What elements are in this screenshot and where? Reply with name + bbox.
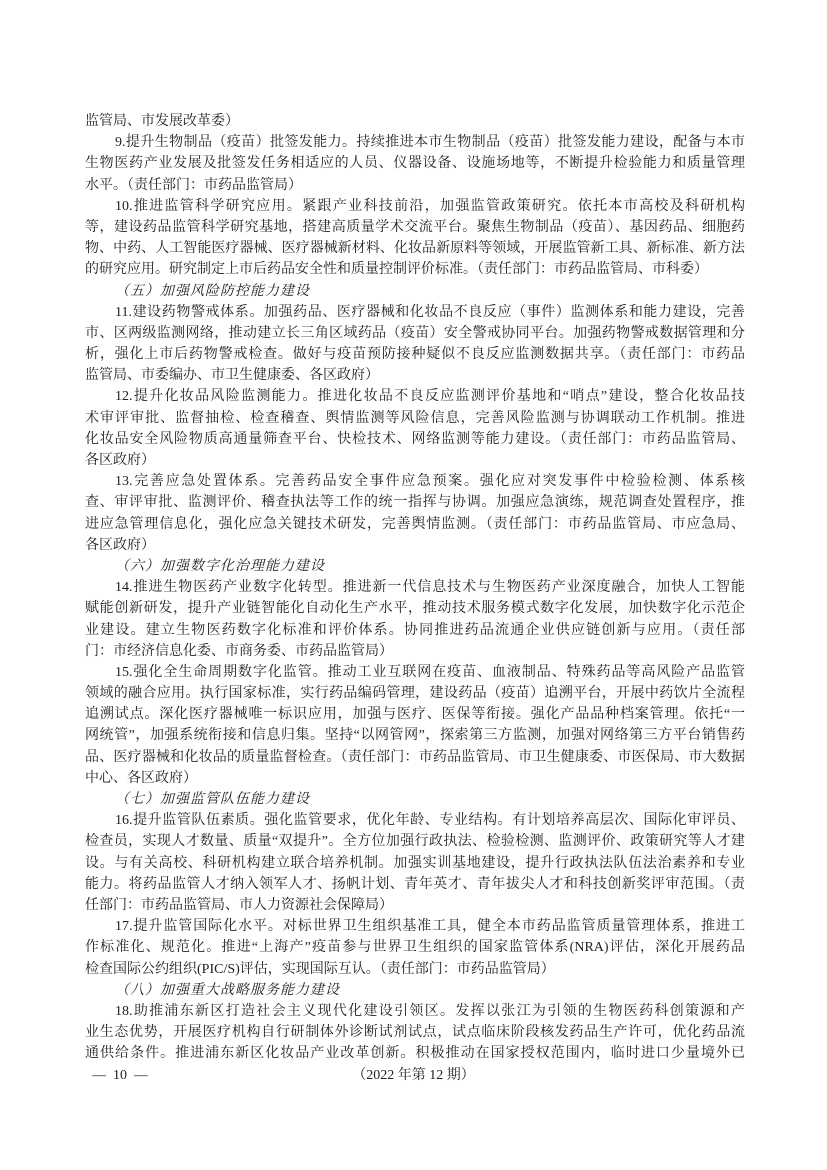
body-text-line: 业建设。建立生物医药数字化标准和评价体系。协同推进药品流通企业供应链创新与应用。… xyxy=(85,620,745,641)
body-text-line: 任部门：市药品监管局、市人力资源社会保障局） xyxy=(85,895,745,916)
body-text-line: 术审评审批、监督抽检、检查稽查、舆情监测等风险信息，完善风险监测与协调联动工作机… xyxy=(85,408,745,429)
body-text-line: 各区政府） xyxy=(85,450,745,471)
body-text-line: 品、医疗器械和化妆品的质量监督检查。（责任部门：市药品监管局、市卫生健康委、市医… xyxy=(85,747,745,768)
document-page: 监管局、市发展改革委）9.提升生物制品（疫苗）批签发能力。持续推进本市生物制品（… xyxy=(0,0,827,1170)
body-text-line: 13.完善应急处置体系。完善药品安全事件应急预案。强化应对突发事件中检验检测、体… xyxy=(85,471,745,492)
body-text-line: 化妆品安全风险物质高通量筛查平台、快检技术、网络监测等能力建设。（责任部门：市药… xyxy=(85,429,745,450)
body-text-line: 设。与有关高校、科研机构建立联合培养机制。加强实训基地建设，提升行政执法队伍法治… xyxy=(85,853,745,874)
section-heading: （七）加强监管队伍能力建设 xyxy=(85,789,745,810)
body-text-line: 领域的融合应用。执行国家标准，实行药品编码管理，建设药品（疫苗）追溯平台，开展中… xyxy=(85,683,745,704)
body-text-line: 9.提升生物制品（疫苗）批签发能力。持续推进本市生物制品（疫苗）批签发能力建设，… xyxy=(85,132,745,153)
body-text-line: 业生态优势，开展医疗机构自行研制体外诊断试剂试点，试点临床阶段核发药品生产许可，… xyxy=(85,1022,745,1043)
body-text-line: 水平。（责任部门：市药品监管局） xyxy=(85,175,745,196)
body-text-line: 的研究应用。研究制定上市后药品安全性和质量控制评价标准。（责任部门：市药品监管局… xyxy=(85,259,745,280)
body-text-line: 析，强化上市后药物警戒检查。做好与疫苗预防接种疑似不良反应监测数据共享。（责任部… xyxy=(85,344,745,365)
body-text-line: 生物医药产业发展及批签发任务相适应的人员、仪器设备、设施场地等，不断提升检验能力… xyxy=(85,153,745,174)
body-text-line: 网统管”，加强系统衔接和信息归集。坚持“以网管网”，探索第三方监测，加强对网络第… xyxy=(85,725,745,746)
body-text-line: 12.提升化妆品风险监测能力。推进化妆品不良反应监测评价基地和“哨点”建设，整合… xyxy=(85,386,745,407)
section-heading: （五）加强风险防控能力建设 xyxy=(85,281,745,302)
body-text-line: 16.提升监管队伍素质。强化监管要求，优化年龄、专业结构。有计划培养高层次、国际… xyxy=(85,810,745,831)
body-text-line: 17.提升监管国际化水平。对标世界卫生组织基准工具，健全本市药品监管质量管理体系… xyxy=(85,916,745,937)
body-text-line: 监管局、市委编办、市卫生健康委、各区政府） xyxy=(85,365,745,386)
section-heading: （八）加强重大战略服务能力建设 xyxy=(85,980,745,1001)
body-text-line: 追溯试点。深化医疗器械唯一标识应用，加强与医疗、医保等衔接。强化产品品种档案管理… xyxy=(85,704,745,725)
body-text-line: 检查员，实现人才数量、质量“双提升”。全方位加强行政执法、检验检测、监测评价、政… xyxy=(85,831,745,852)
body-text-line: 能力。将药品监管人才纳入领军人才、扬帆计划、青年英才、青年拔尖人才和科技创新奖评… xyxy=(85,874,745,895)
body-text-line: 11.建设药物警戒体系。加强药品、医疗器械和化妆品不良反应（事件）监测体系和能力… xyxy=(85,302,745,323)
body-text-line: 物、中药、人工智能医疗器械、医疗器械新材料、化妆品新原料等领域，开展监管新工具、… xyxy=(85,238,745,259)
body-text-line: 10.推进监管科学研究应用。紧跟产业科技前沿，加强监管政策研究。依托本市高校及科… xyxy=(85,196,745,217)
issue-label: （2022 年第 12 期） xyxy=(0,1066,827,1086)
body-text-line: 中心、各区政府） xyxy=(85,768,745,789)
body-text-line: 15.强化全生命周期数字化监管。推动工业互联网在疫苗、血液制品、特殊药品等高风险… xyxy=(85,662,745,683)
body-text-line: 等，建设药品监管科学研究基地，搭建高质量学术交流平台。聚焦生物制品（疫苗）、基因… xyxy=(85,217,745,238)
body-text-line: 进应急管理信息化，强化应急关键技术研发，完善舆情监测。（责任部门：市药品监管局、… xyxy=(85,514,745,535)
body-text-line: 作标准化、规范化。推进“上海产”疫苗参与世界卫生组织的国家监管体系(NRA)评估… xyxy=(85,937,745,958)
body-text-line: 赋能创新研发，提升产业链智能化自动化生产水平，推动技术服务模式数字化发展，加快数… xyxy=(85,598,745,619)
body-text-line: 监管局、市发展改革委） xyxy=(85,111,745,132)
text-block: 监管局、市发展改革委）9.提升生物制品（疫苗）批签发能力。持续推进本市生物制品（… xyxy=(85,111,745,1064)
body-text-line: 检查国际公约组织(PIC/S)评估，实现国际互认。（责任部门：市药品监管局） xyxy=(85,959,745,980)
section-heading: （六）加强数字化治理能力建设 xyxy=(85,556,745,577)
body-text-line: 18.助推浦东新区打造社会主义现代化建设引领区。发挥以张江为引领的生物医药科创策… xyxy=(85,1001,745,1022)
body-text-line: 14.推进生物医药产业数字化转型。推进新一代信息技术与生物医药产业深度融合，加快… xyxy=(85,577,745,598)
body-text-line: 门：市经济信息化委、市商务委、市药品监管局） xyxy=(85,641,745,662)
body-text-line: 市、区两级监测网络，推动建立长三角区域药品（疫苗）安全警戒协同平台。加强药物警戒… xyxy=(85,323,745,344)
body-text-line: 通供给条件。推进浦东新区化妆品产业改革创新。积极推动在国家授权范围内，临时进口少… xyxy=(85,1043,745,1064)
body-text-line: 各区政府） xyxy=(85,535,745,556)
body-text-line: 查、审评审批、监测评价、稽查执法等工作的统一指挥与协调。加强应急演练，规范调查处… xyxy=(85,492,745,513)
